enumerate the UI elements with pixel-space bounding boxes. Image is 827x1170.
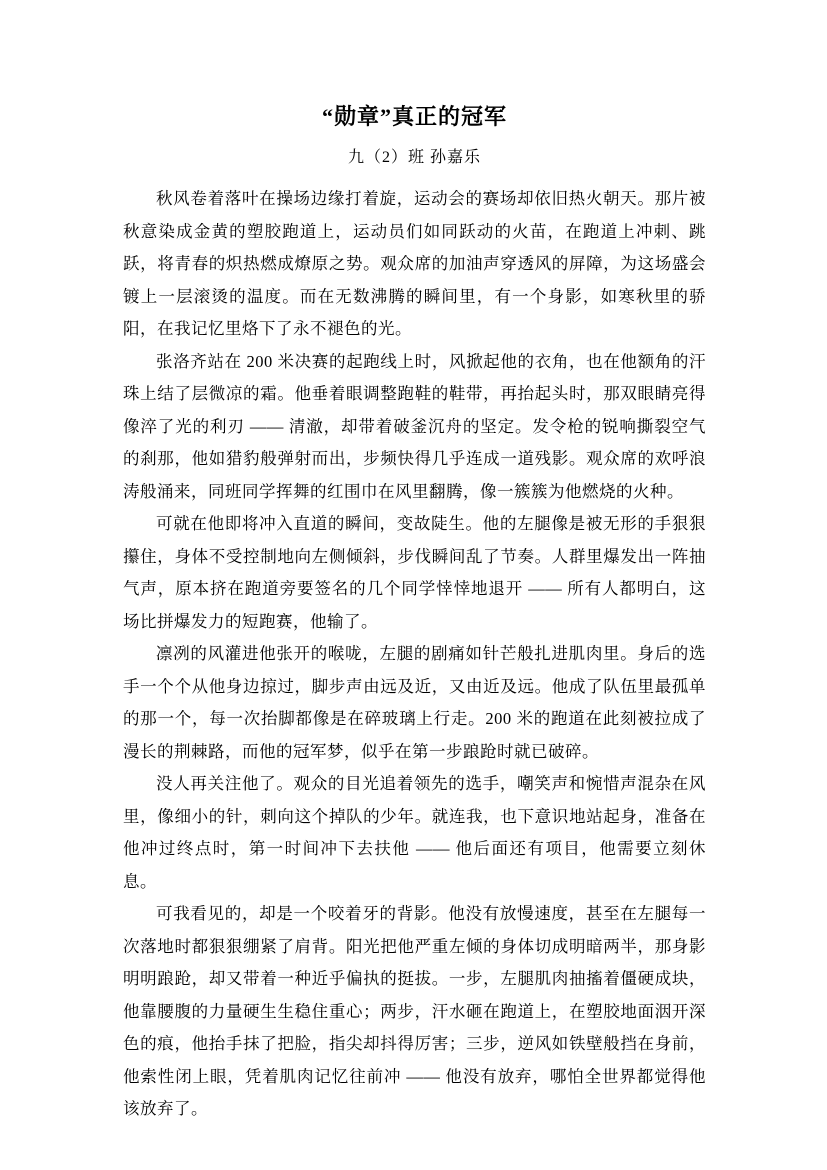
essay-paragraph-1: 秋风卷着落叶在操场边缘打着旋，运动会的赛场却依旧热火朝天。那片被秋意染成金黄的塑…: [123, 183, 706, 346]
essay-title: “勋章”真正的冠军: [123, 0, 706, 131]
document-content: “勋章”真正的冠军 九（2）班 孙嘉乐 秋风卷着落叶在操场边缘打着旋，运动会的赛…: [123, 0, 706, 1126]
essay-paragraph-5: 没人再关注他了。观众的目光追着领先的选手，嘲笑声和惋惜声混杂在风里，像细小的针，…: [123, 768, 706, 898]
essay-paragraph-4: 凛冽的风灌进他张开的喉咙，左腿的剧痛如针芒般扎进肌肉里。身后的选手一个个从他身边…: [123, 638, 706, 768]
essay-paragraph-3: 可就在他即将冲入直道的瞬间，变故陡生。他的左腿像是被无形的手狠狠攥住，身体不受控…: [123, 508, 706, 638]
essay-paragraph-6: 可我看见的，却是一个咬着牙的背影。他没有放慢速度，甚至在左腿每一次落地时都狠狠绷…: [123, 898, 706, 1126]
essay-body: 秋风卷着落叶在操场边缘打着旋，运动会的赛场却依旧热火朝天。那片被秋意染成金黄的塑…: [123, 183, 706, 1126]
essay-byline: 九（2）班 孙嘉乐: [123, 147, 706, 169]
essay-paragraph-2: 张洛齐站在 200 米决赛的起跑线上时，风掀起他的衣角，也在他额角的汗珠上结了层…: [123, 346, 706, 509]
document-page: “勋章”真正的冠军 九（2）班 孙嘉乐 秋风卷着落叶在操场边缘打着旋，运动会的赛…: [0, 0, 827, 1170]
